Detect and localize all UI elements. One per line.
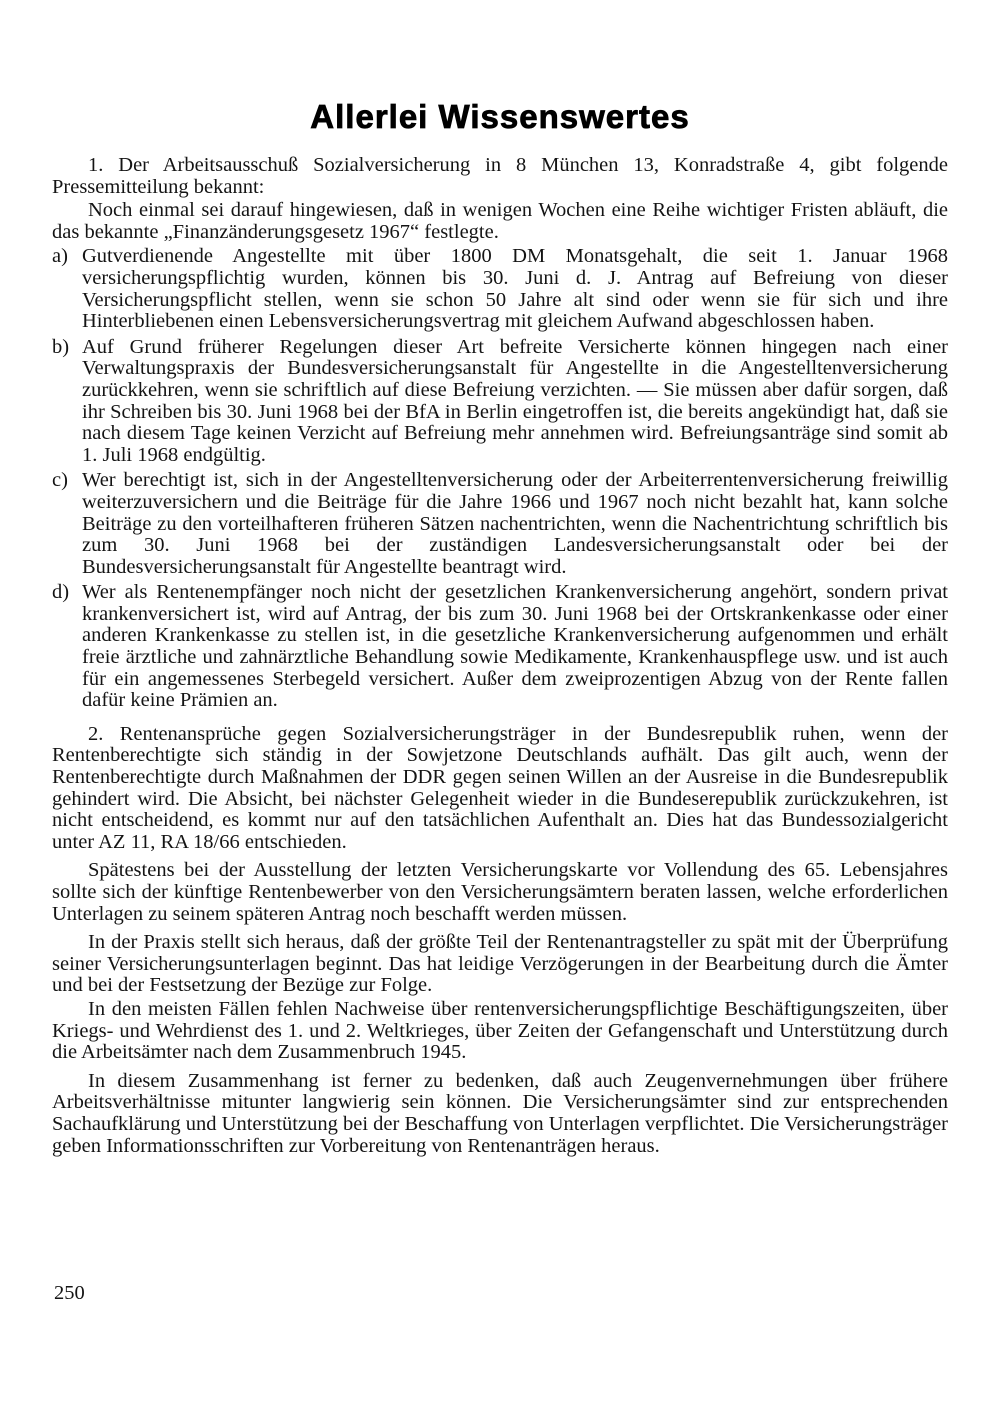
lettered-list: a) Gutverdienende Angestellte mit über 1… [52, 246, 948, 711]
body-text: 1. Der Arbeitsausschuß Sozialversicherun… [52, 155, 948, 1157]
paragraph-spaetestens: Spätestens bei der Ausstellung der letzt… [52, 860, 948, 925]
list-item-a-text: Gutverdienende Angestellte mit über 1800… [82, 245, 948, 332]
list-item-b: b) Auf Grund früherer Regelungen dieser … [52, 337, 948, 467]
intro-paragraph-2: Noch einmal sei darauf hingewiesen, daß … [52, 200, 948, 243]
paragraph-2-rentenansprueche: 2. Rentenansprüche gegen Sozialversicher… [52, 724, 948, 854]
list-item-c: c) Wer berechtigt ist, sich in der Anges… [52, 470, 948, 578]
list-item-c-label: c) [52, 470, 68, 492]
paragraph-in-diesem-zusammenhang: In diesem Zusammenhang ist ferner zu bed… [52, 1071, 948, 1157]
list-item-d: d) Wer als Rentenempfänger noch nicht de… [52, 582, 948, 712]
page-title: Allerlei Wissenswertes [52, 100, 948, 133]
paragraph-in-den-meisten-faellen: In den meisten Fällen fehlen Nachweise ü… [52, 999, 948, 1064]
list-item-b-label: b) [52, 337, 69, 359]
page-number: 250 [54, 1283, 85, 1304]
list-item-b-text: Auf Grund früherer Regelungen dieser Art… [82, 336, 948, 466]
list-item-c-text: Wer berechtigt ist, sich in der Angestel… [82, 469, 948, 577]
intro-paragraph-1: 1. Der Arbeitsausschuß Sozialversicherun… [52, 155, 948, 198]
paragraph-in-der-praxis: In der Praxis stellt sich heraus, daß de… [52, 932, 948, 997]
document-page: Allerlei Wissenswertes 1. Der Arbeitsaus… [0, 0, 1000, 1413]
list-item-d-label: d) [52, 582, 69, 604]
list-item-a-label: a) [52, 246, 68, 268]
list-item-a: a) Gutverdienende Angestellte mit über 1… [52, 246, 948, 332]
list-item-d-text: Wer als Rentenempfänger noch nicht der g… [82, 581, 948, 711]
